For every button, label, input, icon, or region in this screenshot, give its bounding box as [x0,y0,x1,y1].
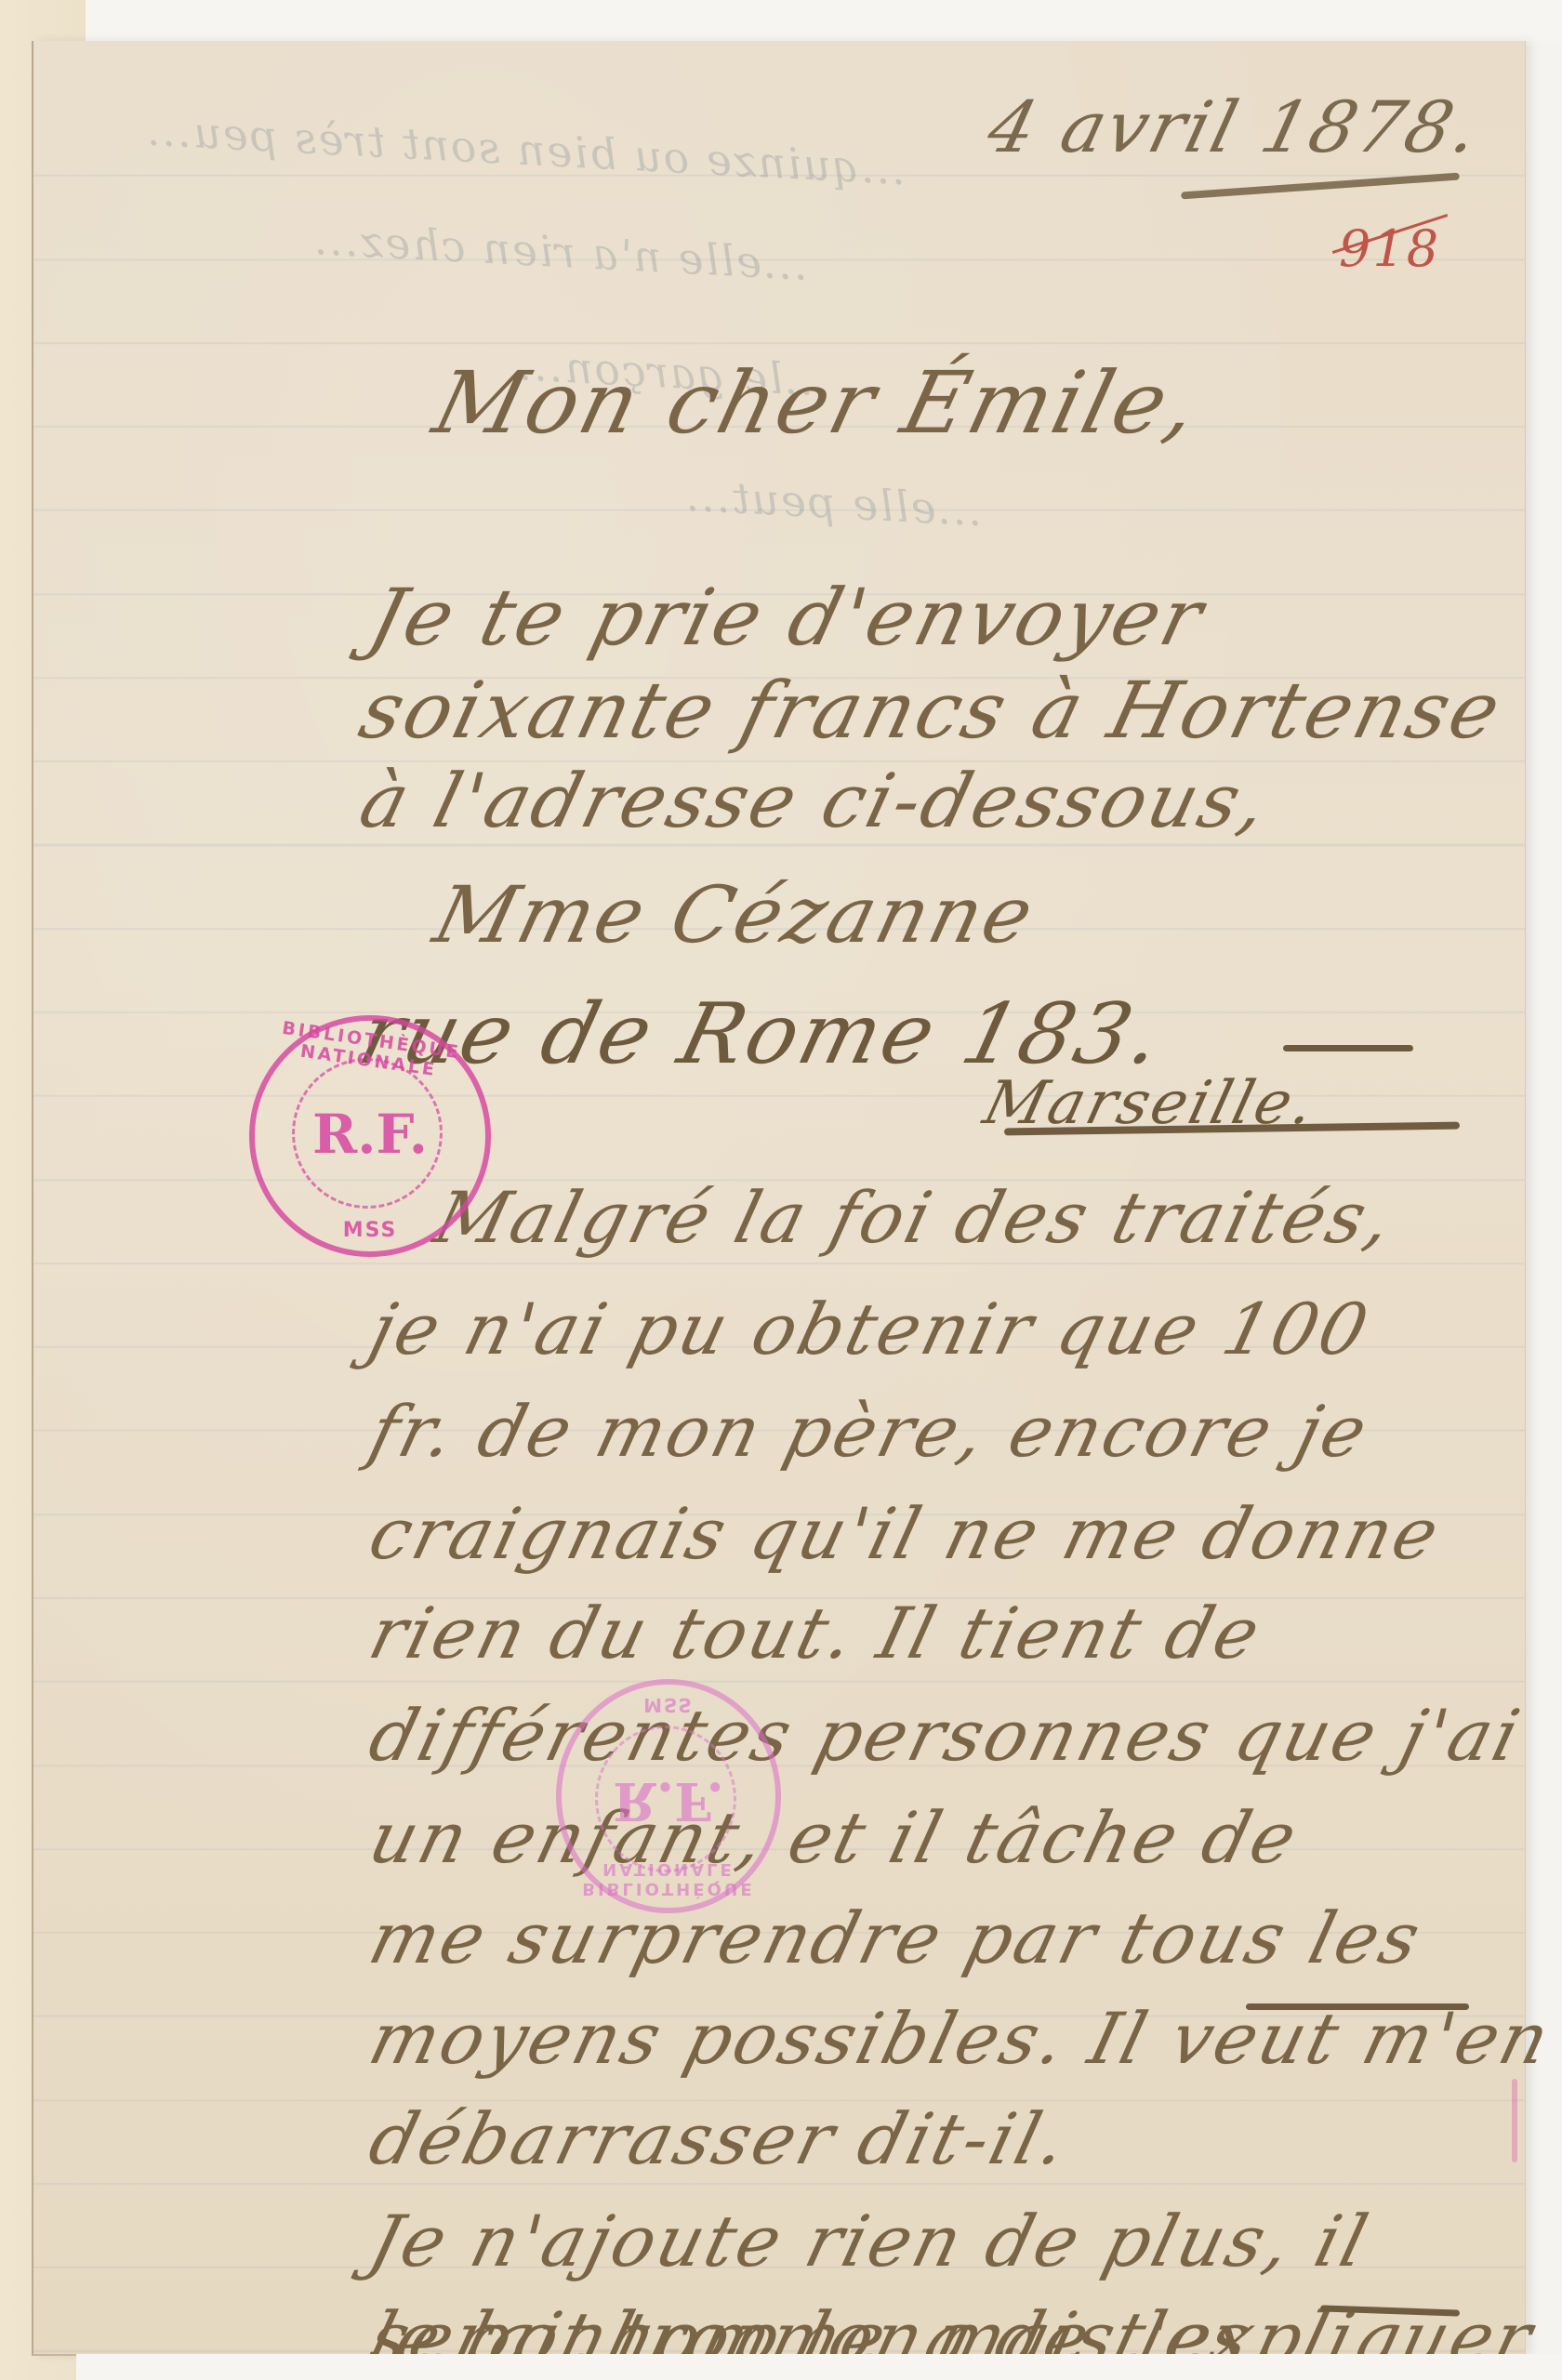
stamp-bottom-text: MSS [562,1694,775,1716]
house-number-underline [1283,1045,1413,1051]
body-line: débarrasser dit-il. [362,2097,1078,2180]
body-line: fr. de mon père, encore je [362,1390,1378,1473]
scan-margin-top [86,0,1562,41]
body-line: un enfant, et il tâche de [362,1796,1307,1879]
body-line: je n'ai pu obtenir que 100 [362,1288,1379,1370]
folio-number: 918 [1339,219,1440,278]
stamp-center-text: R.F. [255,1103,485,1166]
opening-line: à l'adresse ci-dessous, [351,758,1278,844]
body-line: différentes personnes que j'ai [362,1694,1530,1777]
opening-line: Je te prie d'envoyer [361,572,1214,663]
stamp-edge-mark [1512,2079,1517,2162]
stamp-center-text: R.F. [562,1770,775,1831]
body-line: Je n'ajoute rien de plus, il [362,2200,1378,2282]
salutation: Mon cher Émile, [425,353,1211,453]
body-line: rien du tout. Il tient de [362,1592,1270,1674]
stamp-bottom-text: MSS [255,1219,485,1242]
body-line: Malgré la foi des traités, [427,1176,1403,1259]
stamp-ring-text: BIBLIOTHÈQUE NATIONALE [562,1859,775,1898]
address-name: Mme Cézanne [426,869,1045,960]
manuscript-scan: ...quinze ou bien sont très peu... ...el… [0,0,1562,2380]
library-stamp: BIBLIOTHÈQUE NATIONALE R.F. MSS [249,1015,491,1257]
letter-date: 4 avril 1878. [980,86,1490,168]
dash-stroke [1246,2003,1469,2010]
opening-line: soixante francs à Hortense [351,665,1512,756]
scan-margin-bottom [76,2354,1562,2380]
body-line: me surprendre par tous les [362,1897,1431,1979]
body-line: craignais qu'il ne me donne [362,1492,1449,1575]
library-stamp-faded: BIBLIOTHÈQUE NATIONALE R.F. MSS [556,1679,781,1913]
